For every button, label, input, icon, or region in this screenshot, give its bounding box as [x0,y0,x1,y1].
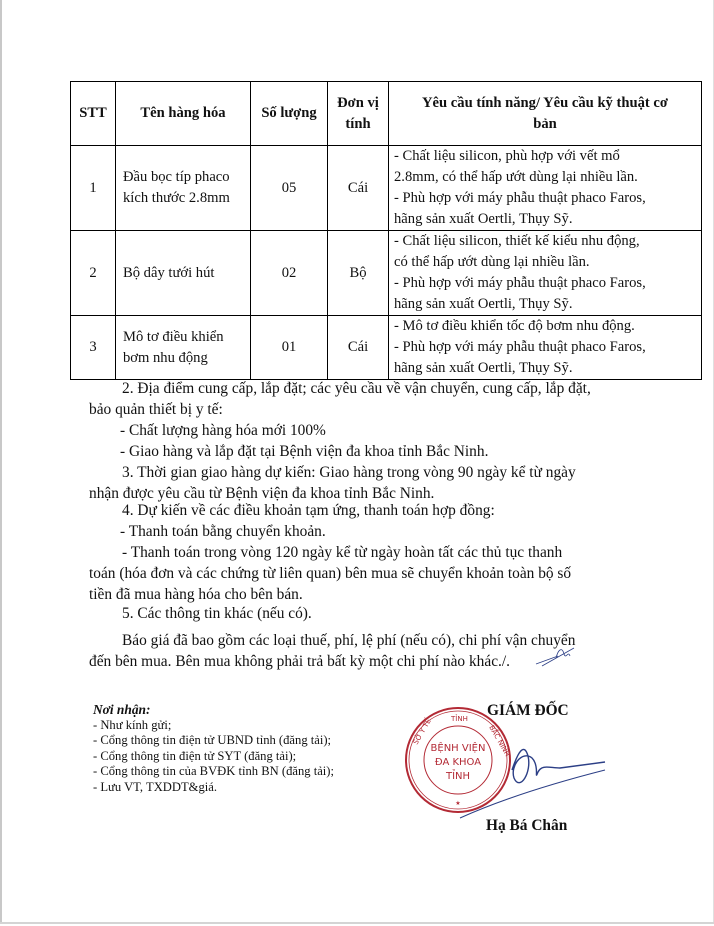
cell-unit: Cái [328,146,389,231]
item-name-line: kích thước 2.8mm [123,188,250,209]
table-row: 3 Mô tơ điều khiển bơm nhu động 01 Cái -… [71,316,702,380]
section-4-item-cont: toán (hóa đơn và các chứng từ liên quan)… [89,563,659,584]
requirement-line: - Chất liệu silicon, phù hợp với vết mổ [394,146,697,167]
recipient-item: - Cổng thông tin điện tử SYT (đăng tải); [93,749,334,765]
recipients-title: Nơi nhận: [93,702,334,718]
requirement-line: - Chất liệu silicon, thiết kế kiểu nhu đ… [394,231,697,252]
section-3-text: 3. Thời gian giao hàng dự kiến: Giao hàn… [89,462,659,483]
cell-stt: 1 [71,146,116,231]
section-5-heading: 5. Các thông tin khác (nếu có). [89,603,659,624]
item-name-line: Bộ dây tưới hút [123,263,250,284]
section-2-heading-cont: bảo quản thiết bị y tế: [89,399,659,420]
requirement-line: hãng sản xuất Oertli, Thụy Sỹ. [394,358,697,379]
table-row: 2 Bộ dây tưới hút 02 Bộ - Chất liệu sili… [71,231,702,316]
section-delivery-location: 2. Địa điểm cung cấp, lắp đặt; các yêu c… [89,378,659,462]
header-item-name: Tên hàng hóa [116,82,251,146]
header-unit-line: tính [328,114,388,135]
header-req-line: Yêu cầu tính năng/ Yêu cầu kỹ thuật cơ [389,93,701,114]
header-quantity: Số lượng [251,82,328,146]
section-4-item: - Thanh toán trong vòng 120 ngày kể từ n… [89,542,659,563]
cell-item-name: Mô tơ điều khiển bơm nhu động [116,316,251,380]
requirement-line: - Phù hợp với máy phẫu thuật phaco Faros… [394,337,697,358]
section-payment-terms: 4. Dự kiến về các điều khoản tạm ứng, th… [89,500,659,605]
section-4-item-cont: tiền đã mua hàng hóa cho bên bán. [89,584,659,605]
recipient-item: - Lưu VT, TXDDT&giá. [93,780,334,796]
requirement-line: - Mô tơ điều khiển tốc độ bơm nhu động. [394,316,697,337]
item-name-line: bơm nhu động [123,348,250,369]
table-header-row: STT Tên hàng hóa Số lượng Đơn vị tính Yê… [71,82,702,146]
cell-requirements: - Mô tơ điều khiển tốc độ bơm nhu động. … [389,316,702,380]
header-unit-line: Đơn vị [328,93,388,114]
requirement-line: hãng sản xuất Oertli, Thụy Sỹ. [394,209,697,230]
table-row: 1 Đầu bọc típ phaco kích thước 2.8mm 05 … [71,146,702,231]
recipient-item: - Như kính gửi; [93,718,334,734]
cell-stt: 3 [71,316,116,380]
cell-unit: Cái [328,316,389,380]
header-stt: STT [71,82,116,146]
goods-table: STT Tên hàng hóa Số lượng Đơn vị tính Yê… [70,81,702,380]
cell-item-name: Bộ dây tưới hút [116,231,251,316]
header-unit: Đơn vị tính [328,82,389,146]
requirement-line: có thể hấp ướt dùng lại nhiều lần. [394,252,697,273]
cell-unit: Bộ [328,231,389,316]
cell-requirements: - Chất liệu silicon, phù hợp với vết mổ … [389,146,702,231]
item-name-line: Mô tơ điều khiển [123,327,250,348]
cell-quantity: 02 [251,231,328,316]
recipient-item: - Cổng thông tin của BVĐK tỉnh BN (đăng … [93,764,334,780]
page-edge [0,0,2,924]
section-4-heading: 4. Dự kiến về các điều khoản tạm ứng, th… [89,500,659,521]
cell-quantity: 05 [251,146,328,231]
recipient-item: - Cổng thông tin điện tử UBND tỉnh (đăng… [93,733,334,749]
handwritten-signature-icon [400,722,610,832]
section-2-item: - Giao hàng và lắp đặt tại Bệnh viện đa … [89,441,659,462]
initials-signature-icon [528,636,608,672]
requirement-line: - Phù hợp với máy phẫu thuật phaco Faros… [394,273,697,294]
cell-stt: 2 [71,231,116,316]
header-req-line: bản [389,114,701,135]
requirement-line: - Phù hợp với máy phẫu thuật phaco Faros… [394,188,697,209]
item-name-line: Đầu bọc típ phaco [123,167,250,188]
cell-item-name: Đầu bọc típ phaco kích thước 2.8mm [116,146,251,231]
signer-name: Hạ Bá Chân [486,817,567,835]
recipients-list: Nơi nhận: - Như kính gửi; - Cổng thông t… [93,702,334,796]
cell-quantity: 01 [251,316,328,380]
page-edge [0,922,714,924]
section-4-item: - Thanh toán bằng chuyển khoản. [89,521,659,542]
requirement-line: 2.8mm, có thể hấp ướt dùng lại nhiều lần… [394,167,697,188]
requirement-line: hãng sản xuất Oertli, Thụy Sỹ. [394,294,697,315]
section-2-item: - Chất lượng hàng hóa mới 100% [89,420,659,441]
section-delivery-time: 3. Thời gian giao hàng dự kiến: Giao hàn… [89,462,659,504]
header-requirements: Yêu cầu tính năng/ Yêu cầu kỹ thuật cơ b… [389,82,702,146]
section-other-info: 5. Các thông tin khác (nếu có). [89,603,659,624]
cell-requirements: - Chất liệu silicon, thiết kế kiểu nhu đ… [389,231,702,316]
section-2-heading: 2. Địa điểm cung cấp, lắp đặt; các yêu c… [89,378,659,399]
